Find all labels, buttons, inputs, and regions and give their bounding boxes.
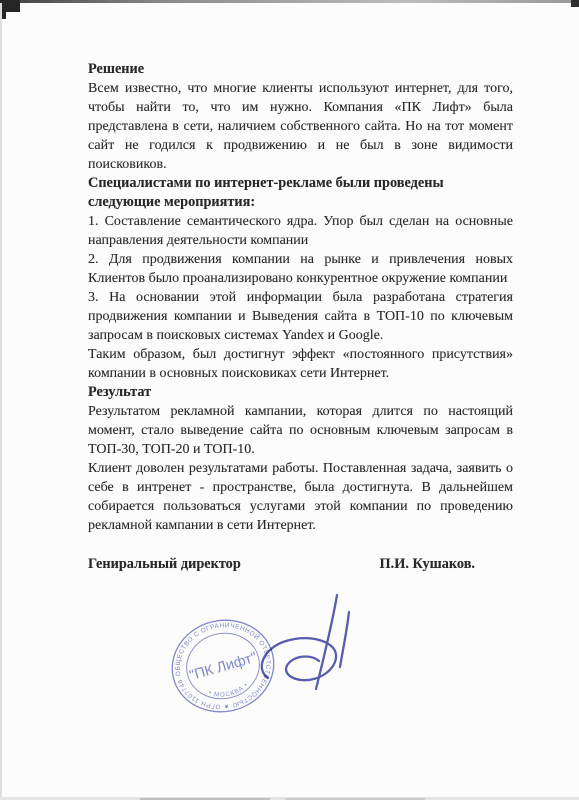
result-heading: Результат [88, 383, 513, 402]
signoff-row: Гениральный директор П.И. Кушаков. [88, 555, 513, 574]
solution-paragraph: Всем известно, что многие клиенты исполь… [88, 79, 513, 174]
scanned-letter-page: Решение Всем известно, что многие клиент… [0, 0, 579, 800]
actions-heading: Специалистами по интернет-рекламе были п… [88, 174, 513, 212]
effect-paragraph: Таким образом, был достигнут эффект «пос… [88, 345, 513, 383]
action-item-3: 3. На основании этой информации была раз… [88, 288, 513, 345]
solution-heading: Решение [88, 60, 513, 79]
director-title: Гениральный директор [88, 555, 241, 574]
result-paragraph: Результатом рекламной кампании, которая … [88, 402, 513, 459]
letter-body: Решение Всем известно, что многие клиент… [0, 0, 579, 574]
action-item-1: 1. Составление семантического ядра. Упор… [88, 212, 513, 250]
client-paragraph: Клиент доволен результатами работы. Пост… [88, 459, 513, 535]
action-item-2: 2. Для продвижения компании на рынке и п… [88, 250, 513, 288]
handwritten-signature-icon [248, 583, 360, 699]
director-name: П.И. Кушаков. [380, 555, 475, 574]
